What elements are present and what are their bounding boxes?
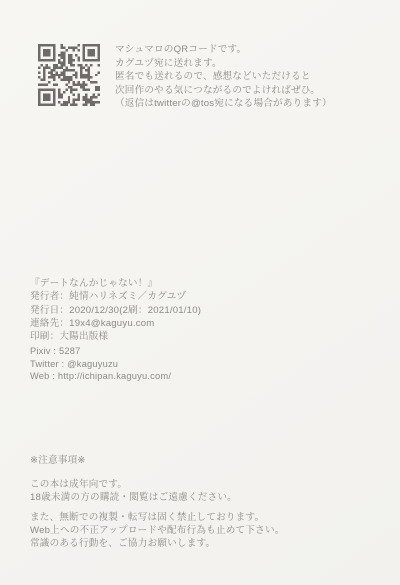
qr-note-line: 次回作のやる気につながるのでよければぜひ。 xyxy=(115,84,332,98)
qr-note-line: カグユヅ宛に送れます。 xyxy=(115,57,332,71)
notices-block: ※注意事項※ この本は成年向です。 18歳未満の方の購読・閲覧はご遠慮ください。… xyxy=(30,454,285,556)
qr-note-line: 匿名でも送れるので、感想などいただけると xyxy=(115,70,332,84)
pixiv-line: Pixiv : 5287 xyxy=(30,345,171,358)
adult-content-notice: この本は成年向です。 18歳未満の方の購読・閲覧はご遠慮ください。 xyxy=(30,478,285,504)
notice-line: 常識のある行動を、ご協力お願いします。 xyxy=(30,537,285,550)
printer-line: 印刷：大陽出版様 xyxy=(30,330,201,343)
notices-heading: ※注意事項※ xyxy=(30,454,285,467)
notice-line: 18歳未満の方の購読・閲覧はご遠慮ください。 xyxy=(30,491,285,504)
notice-line: また、無断での複製・転写は固く禁止しております。 xyxy=(30,511,285,524)
web-url-line: Web : http://ichipan.kaguyu.com/ xyxy=(30,370,171,383)
notice-line: Web上への不正アップロードや配布行為も止めて下さい。 xyxy=(30,524,285,537)
qr-note-line: （返信はtwitterの@tos宛になる場合があります） xyxy=(115,97,332,111)
book-title: 『デートなんかじゃない！』 xyxy=(30,277,201,290)
qr-note-line: マシュマロのQRコードです。 xyxy=(115,43,332,57)
contact-block: Pixiv : 5287 Twitter : @kaguyuzu Web : h… xyxy=(30,345,171,383)
qr-code-canvas xyxy=(38,44,100,106)
qr-note: マシュマロのQRコードです。 カグユヅ宛に送れます。 匿名でも送れるので、感想な… xyxy=(115,43,332,111)
colophon-block: 『デートなんかじゃない！』 発行者：純情ハリネズミ／カグユヅ 発行日：2020/… xyxy=(30,277,201,343)
marshmallow-qr-code xyxy=(38,44,100,106)
contact-email-line: 連絡先：19x4@kaguyu.com xyxy=(30,317,201,330)
twitter-line: Twitter : @kaguyuzu xyxy=(30,358,171,371)
scanned-colophon-page: マシュマロのQRコードです。 カグユヅ宛に送れます。 匿名でも送れるので、感想な… xyxy=(0,0,400,585)
no-copy-notice: また、無断での複製・転写は固く禁止しております。 Web上への不正アップロードや… xyxy=(30,511,285,551)
publisher-line: 発行者：純情ハリネズミ／カグユヅ xyxy=(30,290,201,303)
notice-line: この本は成年向です。 xyxy=(30,478,285,491)
qr-section: マシュマロのQRコードです。 カグユヅ宛に送れます。 匿名でも送れるので、感想な… xyxy=(38,44,332,111)
publish-date-line: 発行日：2020/12/30(2刷：2021/01/10) xyxy=(30,304,201,317)
